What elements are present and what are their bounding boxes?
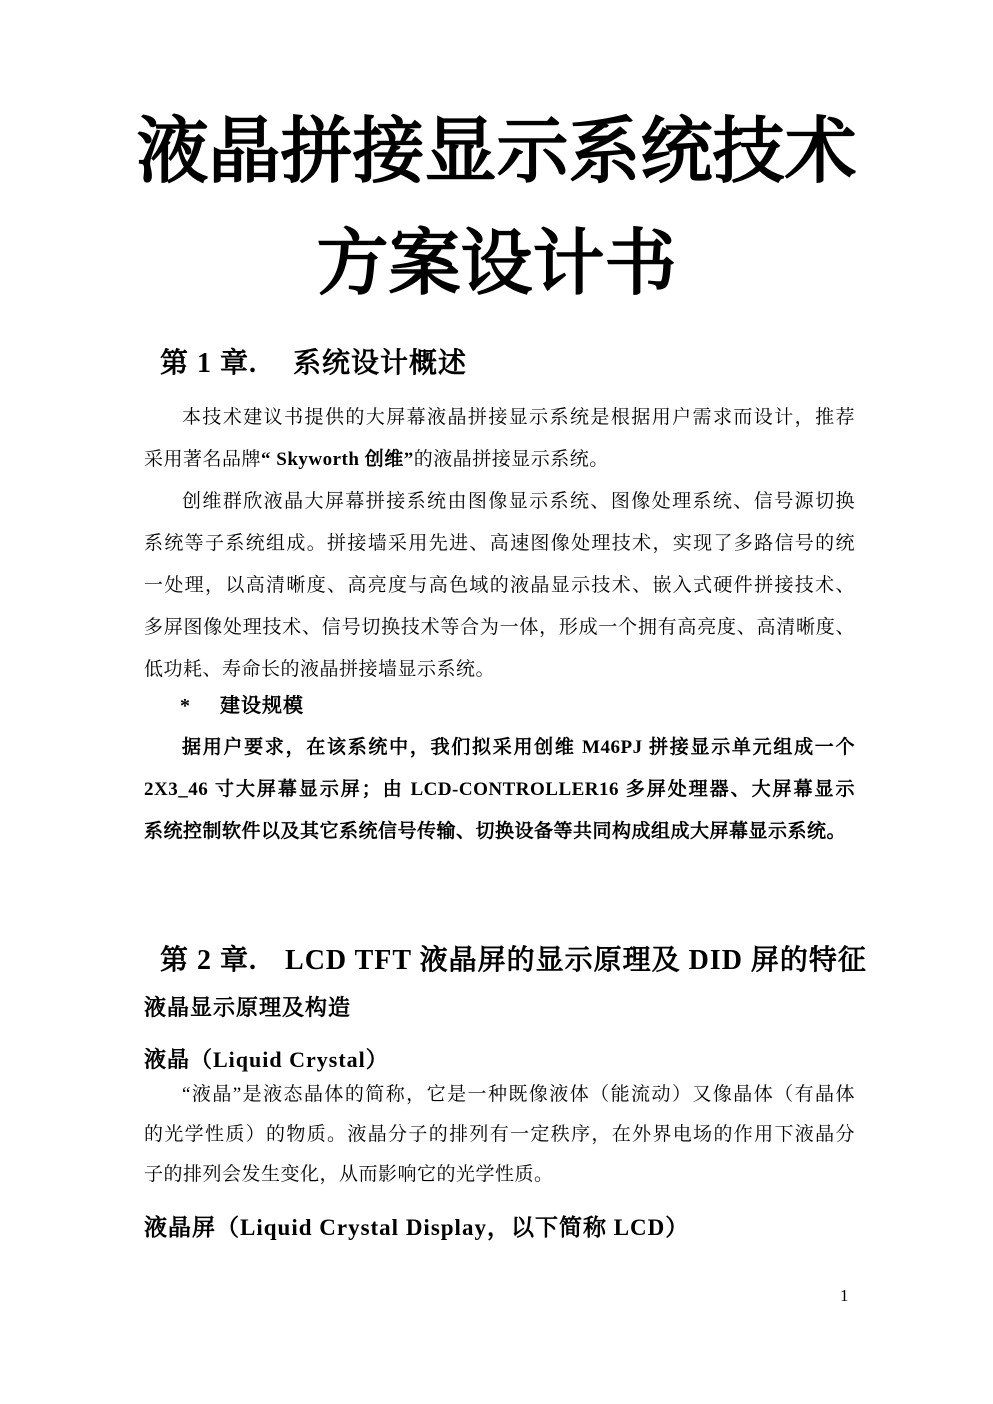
document-page: 液晶拼接显示系统技术 方案设计书 第 1 章.系统设计概述 本技术建议书提供的大… xyxy=(0,0,993,1404)
page-number: 1 xyxy=(840,1284,849,1308)
document-title: 液晶拼接显示系统技术 方案设计书 xyxy=(0,96,993,320)
text-line: 子的排列会发生变化，从而影响它的光学性质。 xyxy=(144,1155,855,1195)
text-line: 本技术建议书提供的大屏幕液晶拼接显示系统是根据用户需求而设计，推荐 xyxy=(144,397,855,439)
chapter1-paragraph1: 本技术建议书提供的大屏幕液晶拼接显示系统是根据用户需求而设计，推荐 采用著名品牌… xyxy=(144,397,855,481)
text-line: 系统等子系统组成。拼接墙采用先进、高速图像处理技术，实现了多路信号的统 xyxy=(144,523,855,565)
document-title-line1: 液晶拼接显示系统技术 xyxy=(0,96,993,208)
chapter1-heading: 第 1 章.系统设计概述 xyxy=(144,342,855,386)
subheading-lcd-display: 液晶屏（Liquid Crystal Display，以下简称 LCD） xyxy=(144,1211,855,1245)
text-run: 采用著名品牌 xyxy=(144,449,261,470)
chapter2-paragraph1: “液晶”是液态晶体的简称，它是一种既像液体（能流动）又像晶体（有晶体 的光学性质… xyxy=(144,1075,855,1195)
subheading-liquid-crystal: 液晶（Liquid Crystal） xyxy=(144,1045,855,1075)
subheading-lcd-principle: 液晶显示原理及构造 xyxy=(144,993,855,1023)
chapter1-paragraph3: 据用户要求，在该系统中，我们拟采用创维 M46PJ 拼接显示单元组成一个 2X3… xyxy=(144,727,855,853)
text-line: 多屏图像处理技术、信号切换技术等合为一体，形成一个拥有高亮度、高清晰度、 xyxy=(144,607,855,649)
bullet-label: 建设规模 xyxy=(220,695,304,717)
text-run: 的液晶拼接显示系统。 xyxy=(414,449,609,470)
chapter1-paragraph2: 创维群欣液晶大屏幕拼接系统由图像显示系统、图像处理系统、信号源切换 系统等子系统… xyxy=(144,481,855,691)
text-line: 创维群欣液晶大屏幕拼接系统由图像显示系统、图像处理系统、信号源切换 xyxy=(144,481,855,523)
text-line: 的光学性质）的物质。液晶分子的排列有一定秩序，在外界电场的作用下液晶分 xyxy=(144,1115,855,1155)
bullet-marker: * xyxy=(180,695,190,717)
chapter2-number: 第 2 章. xyxy=(160,945,257,976)
chapter1-number: 第 1 章. xyxy=(160,348,257,379)
chapter1-title: 系统设计概述 xyxy=(293,348,467,379)
text-line: “液晶”是液态晶体的简称，它是一种既像液体（能流动）又像晶体（有晶体 xyxy=(144,1075,855,1115)
chapter2-title: LCD TFT 液晶屏的显示原理及 DID 屏的特征 xyxy=(285,945,867,976)
text-line: 系统控制软件以及其它系统信号传输、切换设备等共同构成组成大屏幕显示系统。 xyxy=(144,811,855,853)
text-line: 一处理，以高清晰度、高亮度与高色域的液晶显示技术、嵌入式硬件拼接技术、 xyxy=(144,565,855,607)
text-line: 2X3_46 寸大屏幕显示屏；由 LCD-CONTROLLER16 多屏处理器、… xyxy=(144,769,855,811)
text-run-bold-brand: “ Skyworth 创维” xyxy=(261,449,414,470)
chapter2-heading: 第 2 章.LCD TFT 液晶屏的显示原理及 DID 屏的特征 xyxy=(144,939,855,983)
document-title-line2: 方案设计书 xyxy=(0,208,993,320)
bullet-item-construction-scale: *建设规模 xyxy=(144,685,855,727)
text-line: 据用户要求，在该系统中，我们拟采用创维 M46PJ 拼接显示单元组成一个 xyxy=(144,727,855,769)
document-body: 第 1 章.系统设计概述 本技术建议书提供的大屏幕液晶拼接显示系统是根据用户需求… xyxy=(144,342,855,1245)
text-line: 采用著名品牌“ Skyworth 创维”的液晶拼接显示系统。 xyxy=(144,439,855,481)
